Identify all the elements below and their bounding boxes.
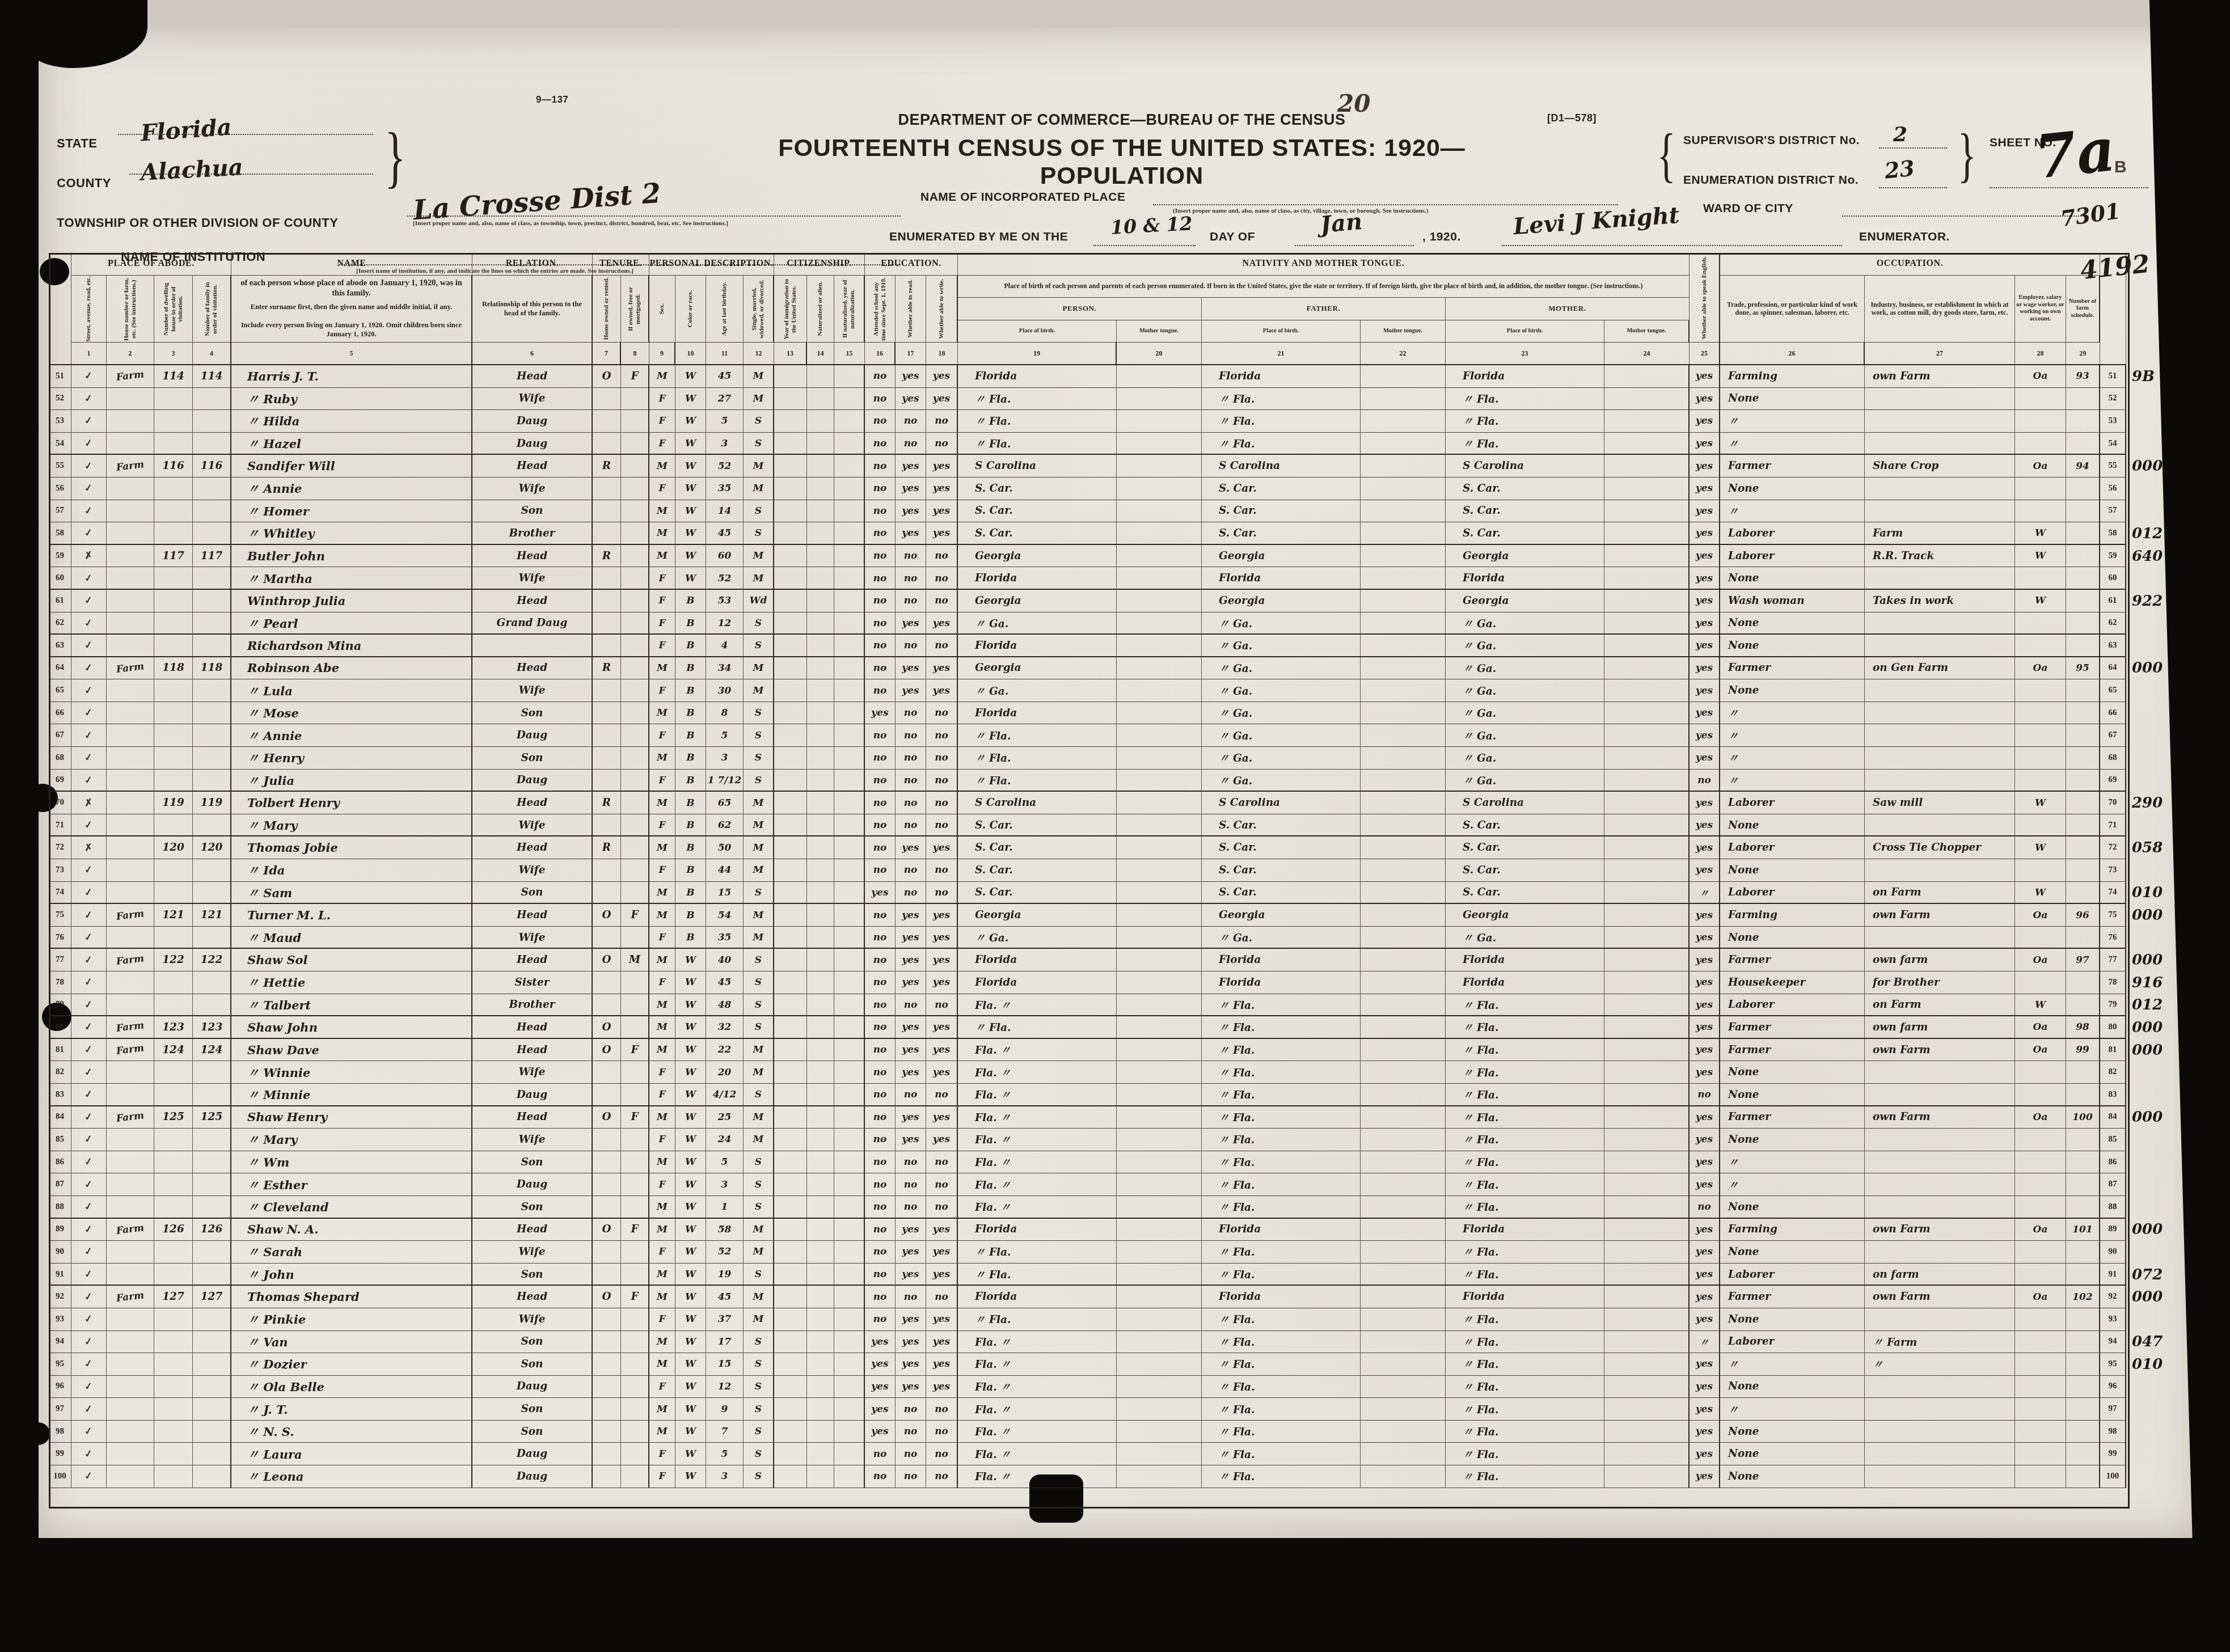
cell-dw: 118 [154,656,193,680]
cell-fpob: S Carolina [1202,791,1361,814]
cell-mtg [621,1443,649,1465]
cell-fmt [1361,1443,1446,1465]
cell-lnl: 76 [49,927,71,949]
hole-punch-4 [26,1422,50,1445]
cell-sex: M [649,994,675,1017]
cell-fam [193,1308,231,1331]
cell-wr: no [926,724,958,747]
cell-eng: yes [1690,500,1720,523]
cell-eng: no [1690,770,1720,792]
cell-mmt [1604,1465,1690,1488]
day-rule [1093,245,1196,246]
cell-c14 [807,1421,834,1443]
cell-ind: R.R. Track [1865,544,2015,568]
cell-name: 〃 Sarah [231,1241,472,1264]
cell-fam [193,1398,231,1421]
subgroup-father: FATHER. [1202,298,1446,320]
cell-c13 [774,1084,807,1106]
cell-mmt [1604,1421,1690,1443]
cell-sch: no [865,994,896,1017]
cell-c13 [774,1218,807,1241]
cell-c14 [807,544,834,568]
cell-mmt [1604,1241,1690,1264]
cell-ind [1865,1376,2015,1399]
cell-c15 [834,927,865,949]
cell-marg [2126,1173,2189,1196]
cell-race: B [675,791,706,814]
cell-name: 〃 Hettie [231,971,472,994]
cell-pob: 〃 Fla. [958,1264,1117,1286]
cell-c13 [774,544,807,568]
cell-pob: Florida [958,364,1117,388]
cell-farm [107,1084,154,1106]
cell-fam [193,1196,231,1219]
cell-mpob: 〃 Ga. [1446,633,1604,657]
cell-lnr: 58 [2100,522,2126,545]
cell-eng: yes [1690,724,1720,747]
cell-c15 [834,656,865,680]
cell-pob: S. Car. [958,478,1117,500]
cell-mmt [1604,633,1690,657]
cell-pob: S. Car. [958,522,1117,545]
cell-mmt [1604,1084,1690,1106]
cell-rel: Wife [472,1241,593,1264]
cell-c1: ✓ [71,927,107,949]
column-number: 11 [706,343,744,365]
cell-c13 [774,454,807,478]
cell-fpob: Florida [1202,1218,1361,1241]
cell-ind [1865,633,2015,657]
cell-cls: Oa [2015,1015,2066,1039]
cell-age: 5 [706,1151,744,1174]
cell-mt [1117,948,1202,971]
cell-wr: yes [926,1038,958,1062]
cell-dw [154,994,193,1017]
enumerated-day: 10 & 12 [1110,212,1193,239]
cell-sch: yes [865,1398,896,1421]
cell-c13 [774,859,807,882]
cell-age: 53 [706,589,744,612]
cell-c15 [834,454,865,478]
cell-age: 30 [706,679,744,702]
cell-name: 〃 Hilda [231,410,472,433]
cell-wr: no [926,633,958,657]
cell-mpob: Florida [1446,1285,1604,1308]
cell-c14 [807,859,834,882]
cell-name: Sandifer Will [231,454,472,478]
cell-mt [1117,882,1202,905]
col-label-immigration: Year of immigration to the United States… [774,276,807,343]
cell-mar: S [744,1465,774,1488]
cell-age: 4 [706,633,744,657]
cell-farm [107,1129,154,1151]
cell-dw [154,500,193,523]
cell-fno [2066,994,2100,1017]
cell-fam [193,612,231,635]
cell-name: Tolbert Henry [231,791,472,814]
cell-mpob: 〃 Fla. [1446,1241,1604,1264]
cell-c14 [807,1264,834,1286]
cell-sch: no [865,1264,896,1286]
cell-pob: 〃 Ga. [958,927,1117,949]
cell-pob: 〃 Fla. [958,388,1117,411]
cell-pob: Fla. 〃 [958,1353,1117,1376]
cell-wr: no [926,1196,958,1219]
cell-race: W [675,1015,706,1039]
column-number: 8 [621,343,649,365]
cell-pob: Georgia [958,544,1117,568]
cell-c1: ✗ [71,791,107,814]
cell-c14 [807,454,834,478]
cell-dw: 122 [154,948,193,971]
cell-pob: Fla. 〃 [958,994,1117,1017]
cell-fpob: Florida [1202,1285,1361,1308]
column-number: 27 [1865,343,2015,365]
cell-c15 [834,1421,865,1443]
cell-mtg [621,500,649,523]
cell-sex: M [649,1353,675,1376]
cell-mmt [1604,1443,1690,1465]
cell-fpob: Georgia [1202,544,1361,568]
cell-rel: Son [472,1353,593,1376]
left-brace: } [385,118,406,196]
cell-mt [1117,388,1202,411]
cell-trade: Laborer [1720,1264,1865,1286]
cell-cls [2015,1398,2066,1421]
column-number: 1 [71,343,107,365]
cell-c1: ✗ [71,544,107,568]
cell-c13 [774,747,807,770]
col-label-trade: Trade, profession, or particular kind of… [1720,276,1865,343]
cell-c1: ✓ [71,1285,107,1308]
column-number: 15 [834,343,865,365]
cell-own [593,1353,621,1376]
cell-farm [107,791,154,814]
cell-rel: Son [472,1421,593,1443]
stamp-7301: 7301 [2059,198,2122,231]
cell-rel: Son [472,747,593,770]
cell-race: W [675,567,706,590]
cell-eng: yes [1690,903,1720,927]
cell-race: B [675,903,706,927]
cell-lnl: 87 [49,1173,71,1196]
cell-fam [193,410,231,433]
cell-wr: no [926,770,958,792]
cell-dw [154,1264,193,1286]
cell-cls [2015,859,2066,882]
cell-c13 [774,1421,807,1443]
cell-c1: ✓ [71,612,107,635]
cell-pob: 〃 Fla. [958,747,1117,770]
cell-name: 〃 John [231,1264,472,1286]
cell-wr: yes [926,612,958,635]
cell-lnr: 85 [2100,1129,2126,1151]
cell-sch: yes [865,1353,896,1376]
cell-ind [1865,1308,2015,1331]
cell-c13 [774,633,807,657]
cell-own: R [593,791,621,814]
cell-lnr: 78 [2100,971,2126,994]
cell-sch: yes [865,1331,896,1354]
cell-mt [1117,1151,1202,1174]
cell-farm [107,747,154,770]
cell-fno [2066,702,2100,725]
cell-fpob: 〃 Ga. [1202,702,1361,725]
cell-trade: None [1720,1308,1865,1331]
cell-cls: W [2015,544,2066,568]
cell-c15 [834,770,865,792]
cell-wr: yes [926,927,958,949]
cell-fno [2066,1241,2100,1264]
cell-lnl: 65 [49,679,71,702]
cell-sch: no [865,927,896,949]
cell-lnl: 97 [49,1398,71,1421]
cell-mmt [1604,1285,1690,1308]
cell-mt [1117,656,1202,680]
cell-lnr: 89 [2100,1218,2126,1241]
cell-mtg [621,1376,649,1399]
cell-lnr: 76 [2100,927,2126,949]
cell-lnr: 66 [2100,702,2126,725]
cell-trade: None [1720,478,1865,500]
cell-fno [2066,724,2100,747]
cell-mtg [621,835,649,859]
cell-wr: yes [926,1331,958,1354]
column-number: 5 [231,343,472,365]
cell-c1: ✓ [71,1421,107,1443]
cell-ind [1865,410,2015,433]
cell-c13 [774,702,807,725]
subgroup-mother: MOTHER. [1446,298,1690,320]
cell-rd: no [896,724,926,747]
cell-name: 〃 Minnie [231,1084,472,1106]
cell-farm [107,478,154,500]
cell-mpob: Georgia [1446,903,1604,927]
cell-cls: Oa [2015,656,2066,680]
cell-mar: M [744,1038,774,1062]
cell-mmt [1604,1151,1690,1174]
cell-marg: 072 [2126,1264,2189,1286]
cell-fam [193,702,231,725]
cell-lnr: 93 [2100,1308,2126,1331]
cell-race: B [675,724,706,747]
father-mt-label: Mother tongue. [1361,320,1446,343]
cell-fmt [1361,971,1446,994]
cell-rd: yes [896,1015,926,1039]
cell-sch: no [865,903,896,927]
cell-trade: 〃 [1720,770,1865,792]
cell-mt [1117,1398,1202,1421]
cell-rd: yes [896,1264,926,1286]
col-label-street: Street, avenue, road, etc. [71,276,107,343]
cell-mtg [621,433,649,455]
cell-mmt [1604,927,1690,949]
cell-fam [193,882,231,905]
cell-fam: 125 [193,1105,231,1129]
cell-pob: Fla. 〃 [958,1376,1117,1399]
cell-fmt [1361,1038,1446,1062]
supervisor-label: SUPERVISOR'S DISTRICT No. [1683,134,1860,147]
cell-mmt [1604,1376,1690,1399]
cell-wr: yes [926,1264,958,1286]
cell-fpob: 〃 Fla. [1202,410,1361,433]
cell-mt [1117,859,1202,882]
cell-mar: S [744,1421,774,1443]
cell-own [593,567,621,590]
cell-own [593,1061,621,1084]
cell-fmt [1361,1353,1446,1376]
cell-age: 62 [706,814,744,837]
cell-pob: S Carolina [958,791,1117,814]
cell-pob: Fla. 〃 [958,1196,1117,1219]
cell-fpob: 〃 Fla. [1202,1151,1361,1174]
cell-fmt [1361,791,1446,814]
cell-own [593,814,621,837]
cell-dw [154,1241,193,1264]
cell-trade: Farming [1720,364,1865,388]
cell-age: 45 [706,971,744,994]
cell-lnr: 96 [2100,1376,2126,1399]
cell-mpob: S. Car. [1446,882,1604,905]
cell-lnr: 73 [2100,859,2126,882]
cell-race: B [675,859,706,882]
cell-ind: own Farm [1865,903,2015,927]
cell-c14 [807,927,834,949]
page-title: FOURTEENTH CENSUS OF THE UNITED STATES: … [696,134,1547,190]
scan-edge-top [34,0,2178,27]
cell-wr: no [926,1285,958,1308]
cell-name: Butler John [231,544,472,568]
cell-trade: Wash woman [1720,589,1865,612]
cell-own [593,1151,621,1174]
cell-c15 [834,410,865,433]
cell-ind [1865,478,2015,500]
cell-ind [1865,1129,2015,1151]
state-value: Florida [140,113,233,146]
cell-wr: no [926,994,958,1017]
cell-sex: M [649,364,675,388]
cell-mt [1117,903,1202,927]
cell-name: 〃 Mary [231,814,472,837]
cell-rd: no [896,1151,926,1174]
cell-rd: yes [896,835,926,859]
cell-c13 [774,1061,807,1084]
column-number: 4 [193,343,231,365]
cell-mar: S [744,702,774,725]
cell-mmt [1604,410,1690,433]
cell-c15 [834,1105,865,1129]
cell-pob: Fla. 〃 [958,1443,1117,1465]
cell-fno [2066,882,2100,905]
cell-own [593,1264,621,1286]
cell-fpob: S. Car. [1202,835,1361,859]
cell-c14 [807,478,834,500]
cell-trade: None [1720,388,1865,411]
cell-pob: Fla. 〃 [958,1421,1117,1443]
cell-mmt [1604,791,1690,814]
cell-trade: None [1720,1196,1865,1219]
cell-dw [154,567,193,590]
cell-cls [2015,612,2066,635]
cell-wr: no [926,410,958,433]
cell-race: B [675,656,706,680]
cell-ind [1865,1084,2015,1106]
cell-rel: Head [472,544,593,568]
cell-pob: Florida [958,948,1117,971]
cell-own [593,882,621,905]
cell-farm [107,994,154,1017]
cell-fpob: 〃 Fla. [1202,1331,1361,1354]
cell-c13 [774,567,807,590]
cell-name: 〃 Talbert [231,994,472,1017]
cell-own [593,388,621,411]
cell-c14 [807,1285,834,1308]
cell-fpob: 〃 Ga. [1202,770,1361,792]
cell-lnr: 80 [2100,1015,2126,1039]
cell-dw: 120 [154,835,193,859]
cell-c1: ✓ [71,656,107,680]
cell-c1: ✓ [71,859,107,882]
cell-c13 [774,1173,807,1196]
cell-rd: no [896,770,926,792]
cell-fam: 119 [193,791,231,814]
cell-ind: Saw mill [1865,791,2015,814]
cell-eng: yes [1690,1038,1720,1062]
cell-age: 5 [706,410,744,433]
enumeration-rule [1879,187,1947,188]
cell-rd: yes [896,1105,926,1129]
cell-c13 [774,410,807,433]
cell-mmt [1604,1264,1690,1286]
cell-c13 [774,814,807,837]
cell-age: 3 [706,433,744,455]
cell-cls [2015,702,2066,725]
cell-age: 24 [706,1129,744,1151]
cell-mt [1117,567,1202,590]
cell-fpob: 〃 Fla. [1202,1421,1361,1443]
cell-pob: Florida [958,567,1117,590]
col-label-marital: Single, married, widowed, or divorced. [744,276,774,343]
cell-race: B [675,633,706,657]
cell-name: 〃 J. T. [231,1398,472,1421]
cell-race: W [675,1084,706,1106]
cell-mar: M [744,567,774,590]
cell-name: Winthrop Julia [231,589,472,612]
cell-c1: ✓ [71,679,107,702]
cell-rel: Head [472,656,593,680]
cell-eng: yes [1690,927,1720,949]
cell-c1: ✓ [71,903,107,927]
cell-wr: no [926,1465,958,1488]
cell-mt [1117,633,1202,657]
cell-mar: S [744,882,774,905]
cell-ind [1865,388,2015,411]
cell-pob: Fla. 〃 [958,1061,1117,1084]
cell-sch: no [865,589,896,612]
cell-race: W [675,1218,706,1241]
cell-dw: 121 [154,903,193,927]
cell-eng: 〃 [1690,1331,1720,1354]
cell-fmt [1361,679,1446,702]
cell-eng: yes [1690,522,1720,545]
cell-pob: S. Car. [958,835,1117,859]
cell-name: 〃 Homer [231,500,472,523]
cell-c13 [774,1151,807,1174]
cell-c15 [834,994,865,1017]
cell-own [593,589,621,612]
cell-mt [1117,994,1202,1017]
cell-ind [1865,927,2015,949]
